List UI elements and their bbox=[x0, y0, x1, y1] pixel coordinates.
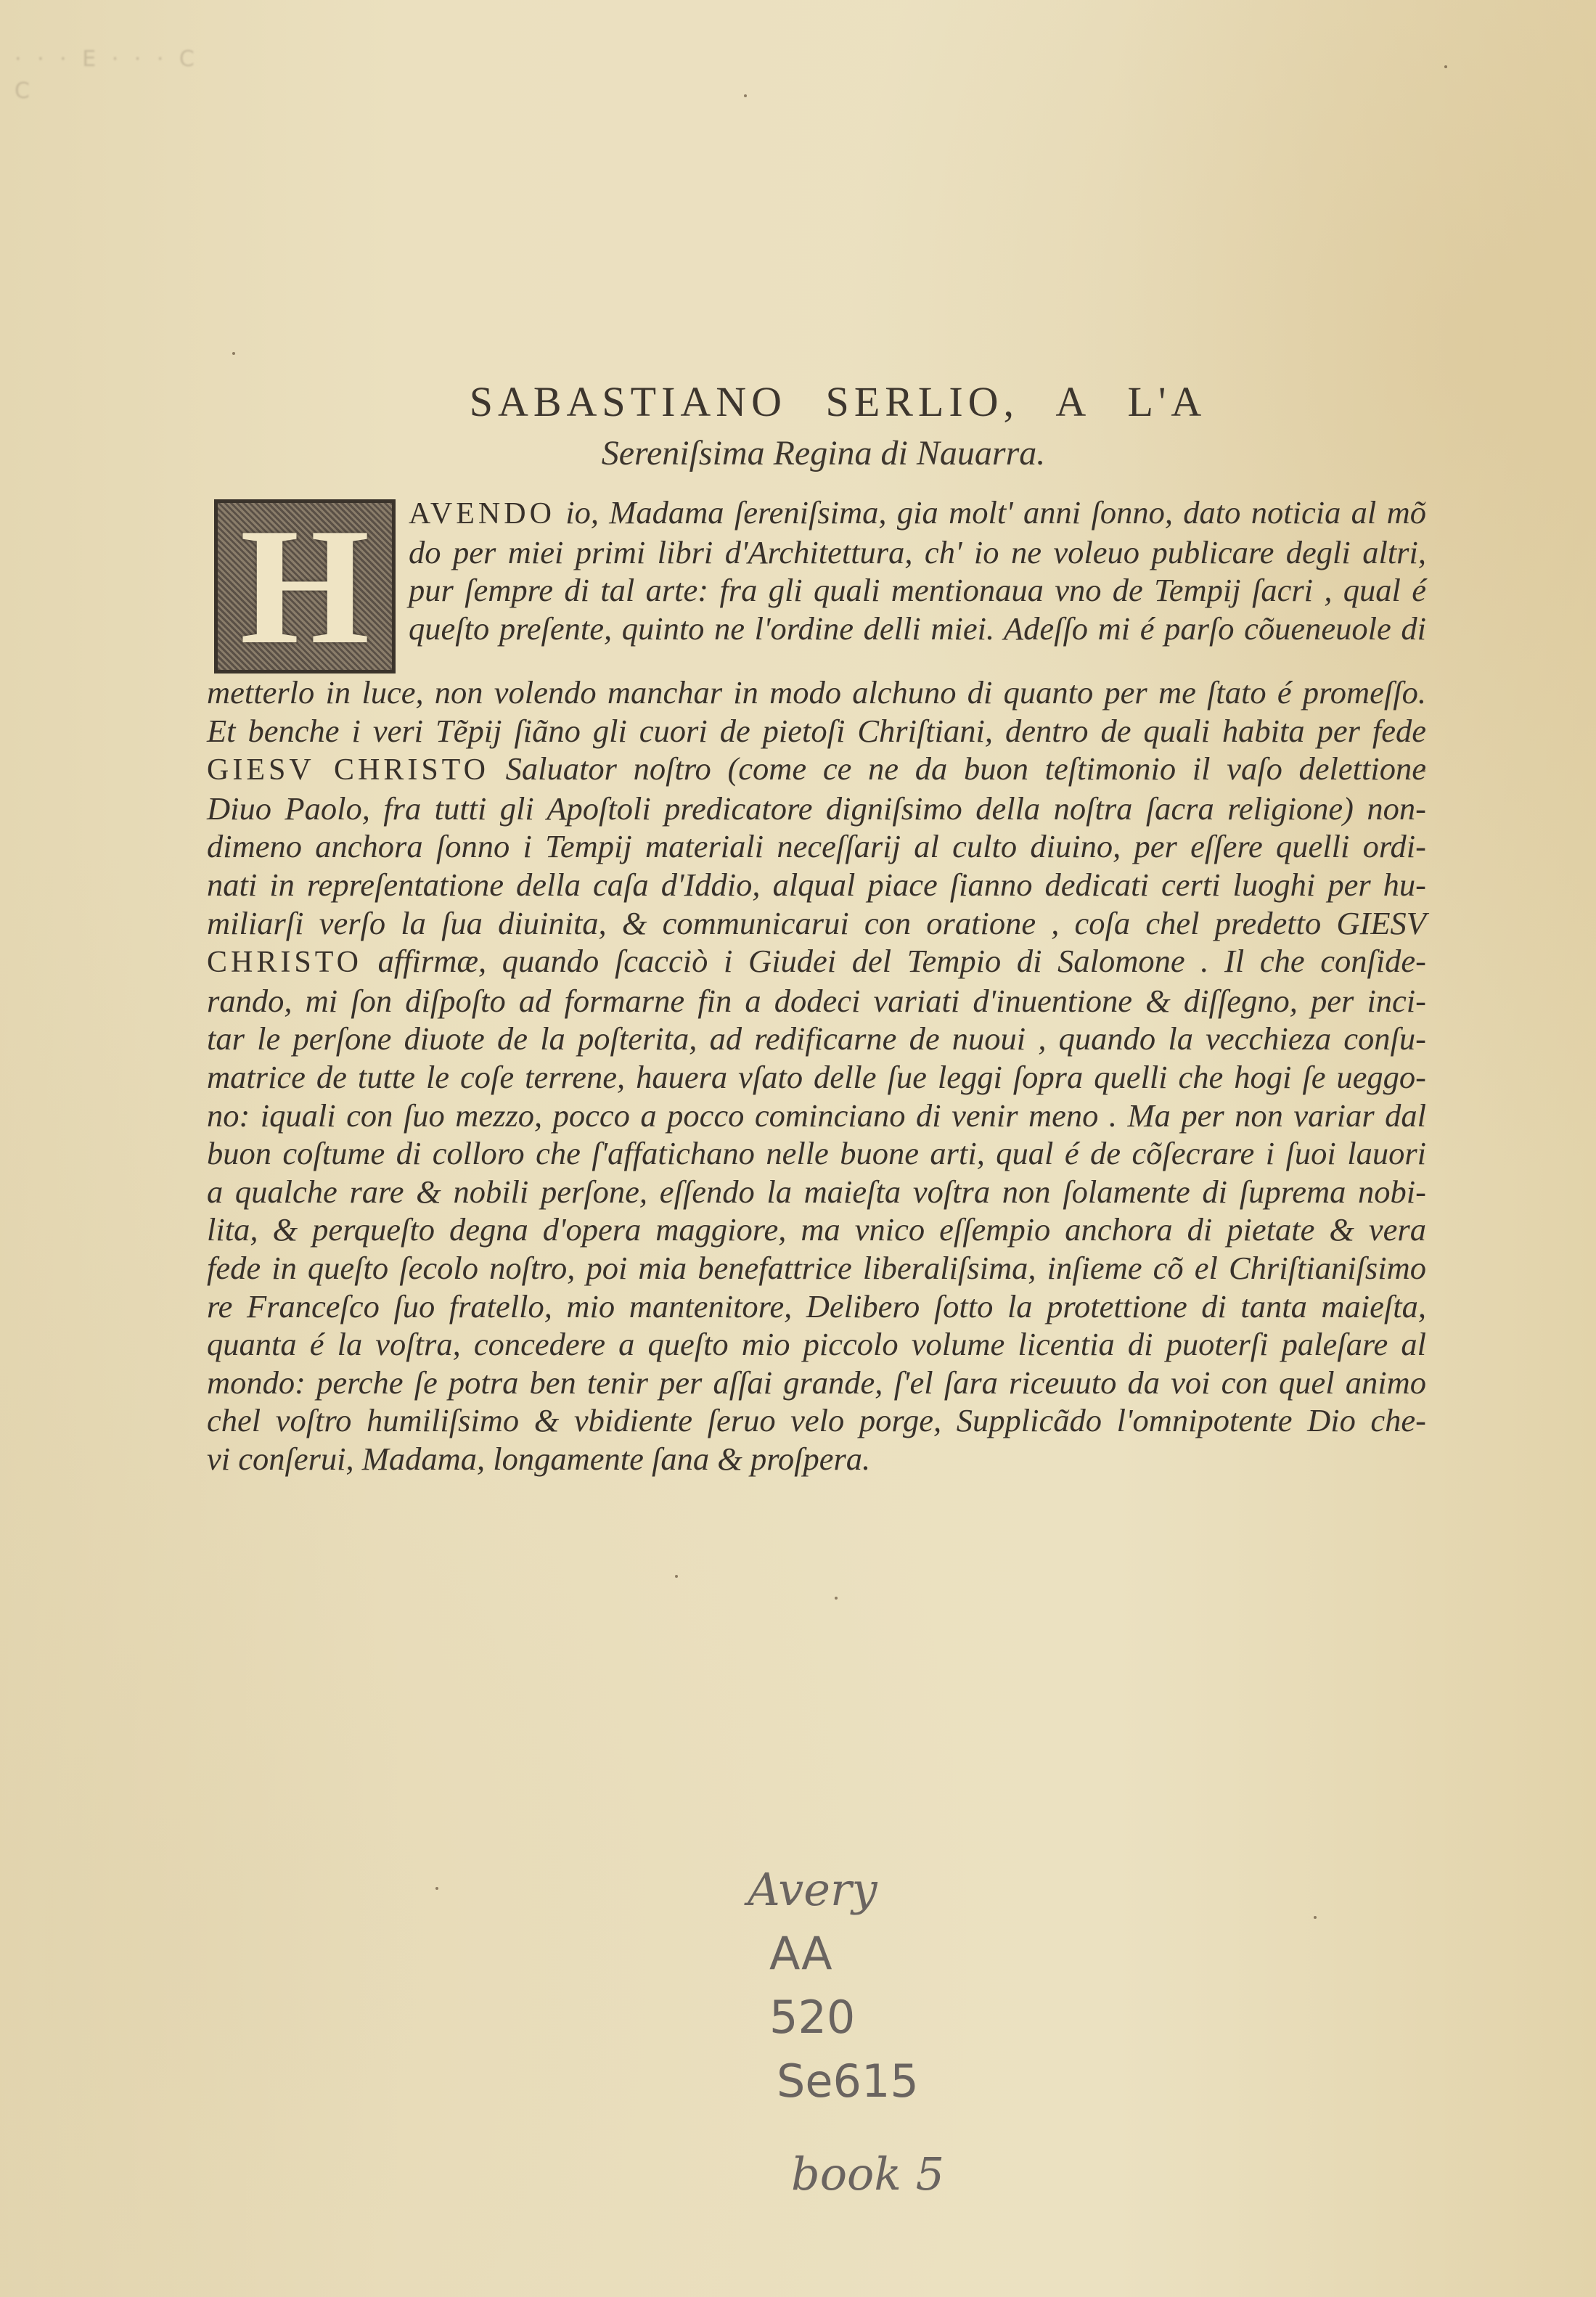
text-line: Et benche i veri Tẽpij ſiãno gli cuori d… bbox=[207, 712, 1426, 750]
text-line: re Franceſco ſuo fratello, mio mantenito… bbox=[207, 1287, 1426, 1326]
text-line: buon coſtume di colloro che ſ'affatichan… bbox=[207, 1134, 1426, 1173]
heading-title: SABASTIANO SERLIO, A L'A bbox=[0, 377, 1596, 426]
text-line: dimeno anchora ſonno i Tempij materiali … bbox=[207, 827, 1426, 866]
note-number: 520 bbox=[748, 1986, 980, 2050]
heading-subtitle: Sereniſsima Regina di Nauarra. bbox=[0, 433, 1596, 473]
text-line: tar le perſone diuote de la poſterita, a… bbox=[207, 1020, 1426, 1058]
note-class: AA bbox=[748, 1922, 980, 1986]
foxing-spot bbox=[435, 1887, 438, 1890]
text-line: fede in queſto ſecolo noſtro, poi mia be… bbox=[207, 1249, 1426, 1287]
foxing-spot bbox=[1423, 769, 1425, 772]
document-page: · · · E · · · C C SABASTIANO SERLIO, A L… bbox=[0, 0, 1596, 2297]
text-line: CHRISTO affirmæ, quando ſcacciò i Giudei… bbox=[207, 942, 1426, 982]
dedication-heading: SABASTIANO SERLIO, A L'A Sereniſsima Reg… bbox=[0, 377, 1596, 473]
note-collection: Avery bbox=[748, 1858, 980, 1922]
text-line: no: iquali con ſuo mezzo, pocco a pocco … bbox=[207, 1097, 1426, 1135]
foxing-spot bbox=[744, 94, 747, 97]
dropcap-letter: H bbox=[218, 503, 392, 670]
note-volume: book 5 bbox=[748, 2142, 980, 2206]
foxing-spot bbox=[675, 1575, 678, 1578]
foxing-spot bbox=[232, 352, 235, 355]
foxing-spot bbox=[1444, 65, 1447, 68]
text-line: lita, & perqueſto degna d'opera maggiore… bbox=[207, 1211, 1426, 1249]
text-line: vi conſerui, Madama, longamente ſana & p… bbox=[207, 1440, 1426, 1478]
text-line: mondo: perche ſe potra ben tenir per aſſ… bbox=[207, 1364, 1426, 1402]
text-line: metterlo in luce, non volendo manchar in… bbox=[207, 673, 1426, 712]
bleed-through-stamp: · · · E · · · C C bbox=[15, 44, 218, 131]
woodcut-initial-icon: H bbox=[214, 499, 396, 673]
note-cutter: Se615 bbox=[748, 2050, 980, 2113]
text-line: rando, mi ſon diſpoſto ad formarne fin a… bbox=[207, 982, 1426, 1020]
text-line: nati in repreſentatione della caſa d'Idd… bbox=[207, 866, 1426, 904]
text-line: Diuo Paolo, fra tutti gli Apoſtoli predi… bbox=[207, 790, 1426, 828]
foxing-spot bbox=[1314, 1916, 1317, 1919]
text-line: GIESV CHRISTO Saluator noſtro (come ce n… bbox=[207, 750, 1426, 790]
text-line: matrice de tutte le coſe terrene, hauera… bbox=[207, 1058, 1426, 1097]
handwritten-shelfmark: Avery AA 520 Se615 book 5 bbox=[748, 1858, 980, 2206]
text-line: miliarſi verſo la ſua diuinita, & commun… bbox=[207, 904, 1426, 943]
text-line: a qualche rare & nobili perſone, eſſendo… bbox=[207, 1173, 1426, 1211]
dedication-body: H AVENDO io, Madama ſereniſsima, gia mol… bbox=[207, 494, 1426, 1478]
foxing-spot bbox=[835, 1597, 838, 1600]
text-line: chel voſtro humiliſsimo & vbidiente ſeru… bbox=[207, 1401, 1426, 1440]
text-line: quanta é la voſtra, concedere a queſto m… bbox=[207, 1325, 1426, 1364]
